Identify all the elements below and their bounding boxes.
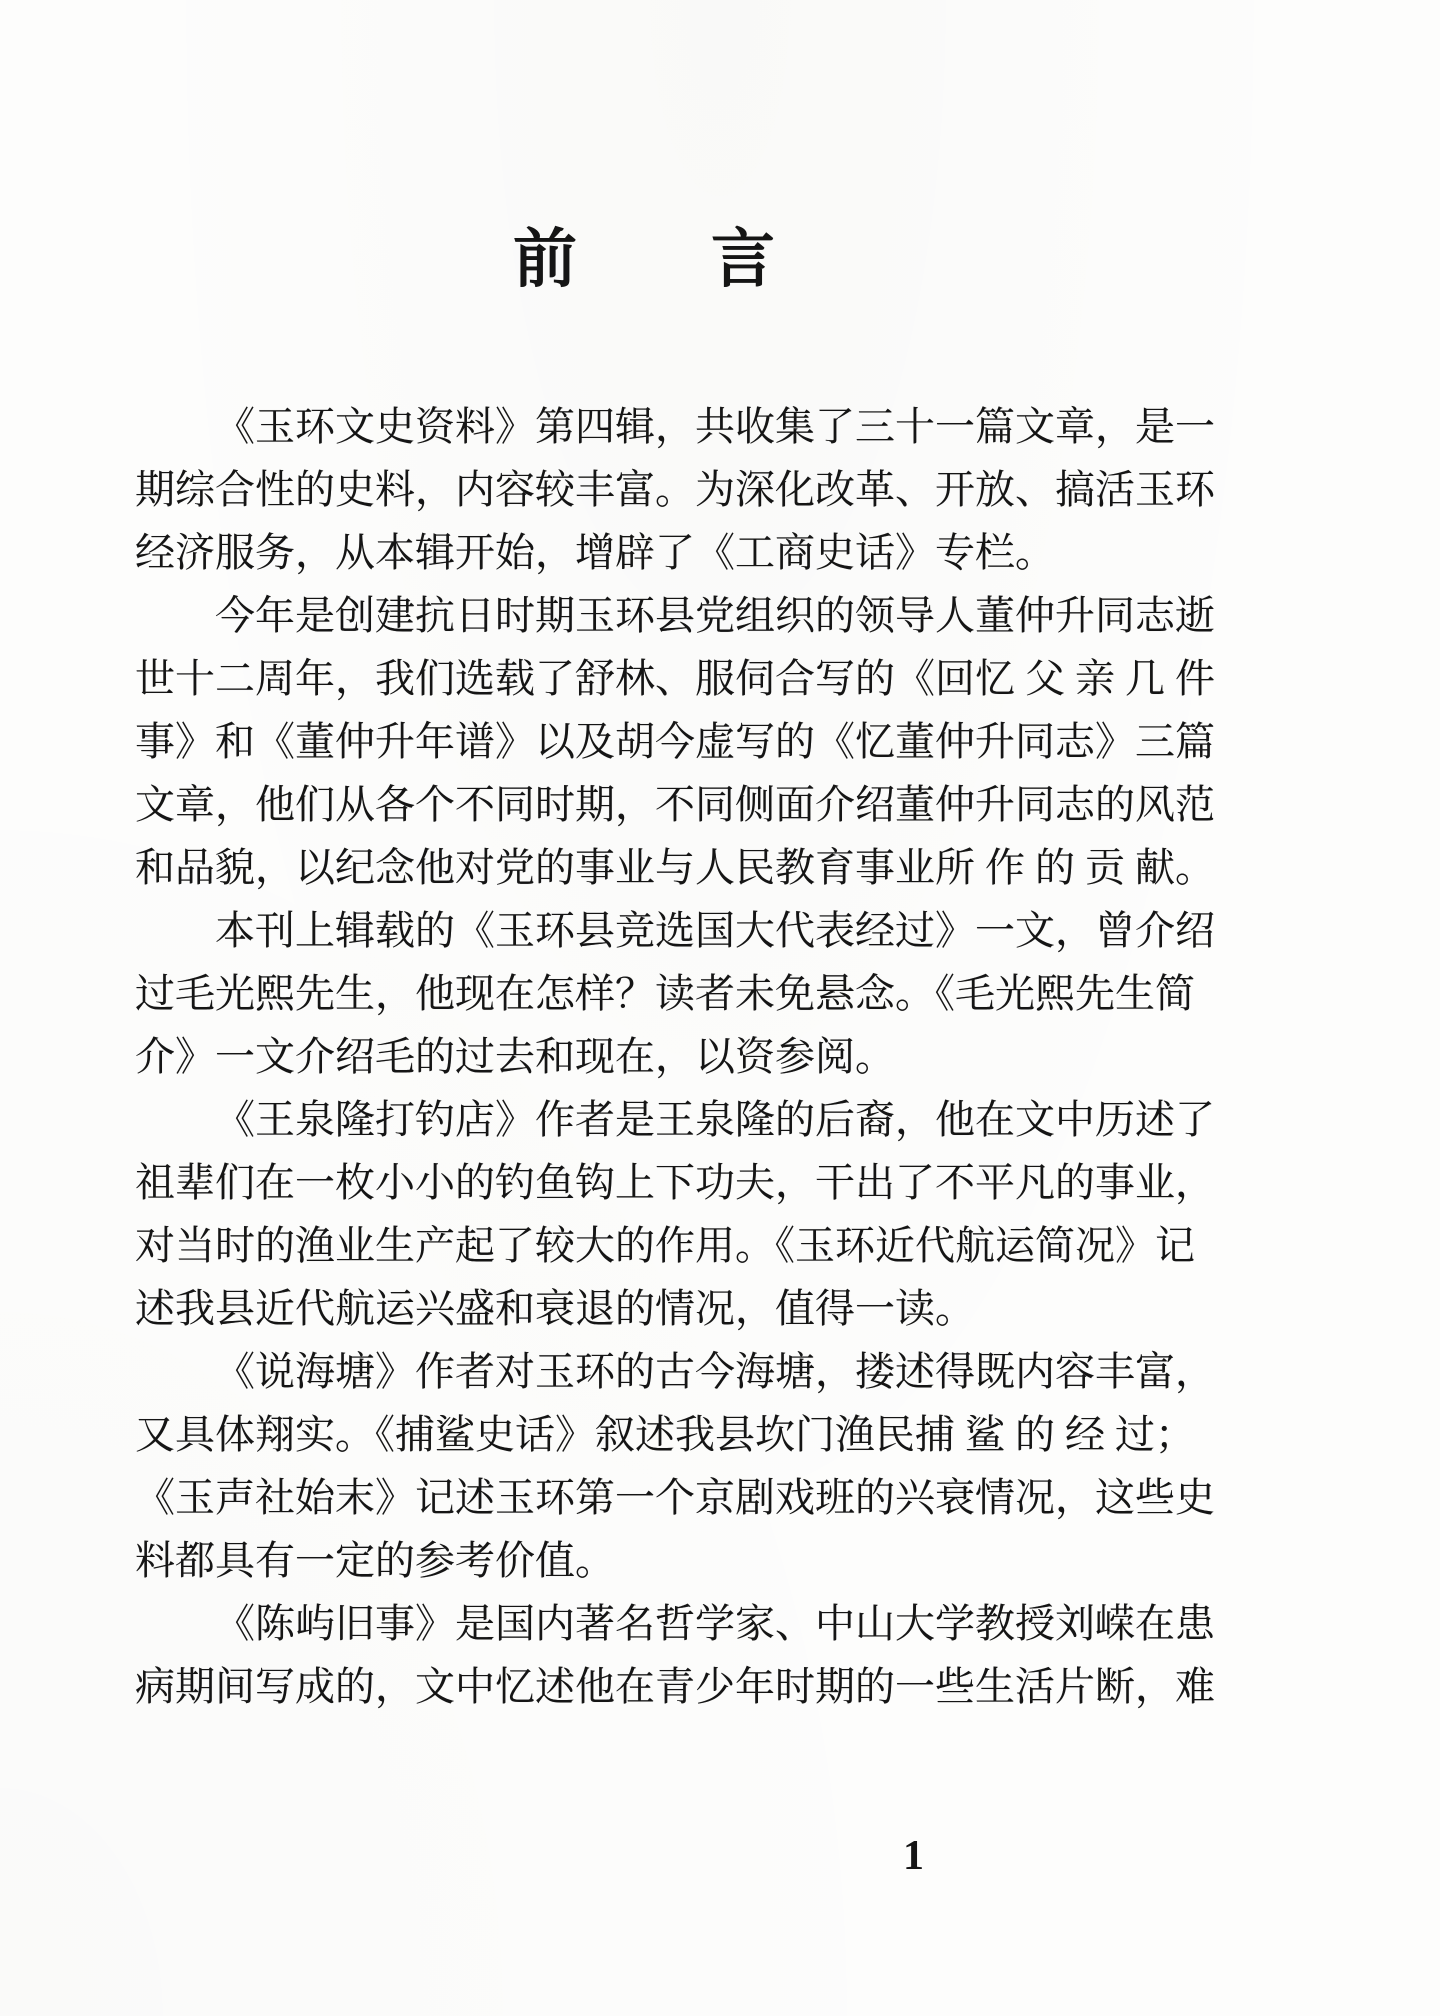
text-line: 《玉声社始末》记述玉环第一个京剧戏班的兴衰情况，这些史 <box>135 1466 1225 1529</box>
text-line: 祖辈们在一枚小小的钓鱼钩上下功夫，干出了不平凡的事业， <box>135 1151 1225 1214</box>
text-line: 今年是创建抗日时期玉环县党组织的领导人董仲升同志逝 <box>135 584 1225 647</box>
text-line: 经济服务，从本辑开始，增辟了《工商史话》专栏。 <box>135 521 1225 584</box>
text-line: 《说海塘》作者对玉环的古今海塘，搂述得既内容丰富， <box>135 1340 1225 1403</box>
text-line: 对当时的渔业生产起了较大的作用。《玉环近代航运简况》记 <box>135 1214 1225 1277</box>
text-line: 病期间写成的，文中忆述他在青少年时期的一些生活片断，难 <box>135 1655 1225 1718</box>
text-line: 和品貌，以纪念他对党的事业与人民教育事业所 作 的 贡 献。 <box>135 836 1225 899</box>
text-line: 事》和《董仲升年谱》以及胡今虚写的《忆董仲升同志》三篇 <box>135 710 1225 773</box>
text-line: 述我县近代航运兴盛和衰退的情况，值得一读。 <box>135 1277 1225 1340</box>
text-line: 世十二周年，我们选载了舒林、服伺合写的《回忆 父 亲 几 件 <box>135 647 1225 710</box>
body-text: 《玉环文史资料》第四辑，共收集了三十一篇文章，是一 期综合性的史料，内容较丰富。… <box>135 395 1225 1718</box>
text-line: 《王泉隆打钓店》作者是王泉隆的后裔，他在文中历述了 <box>135 1088 1225 1151</box>
text-line: 《玉环文史资料》第四辑，共收集了三十一篇文章，是一 <box>135 395 1225 458</box>
scanned-book-page: 前 言 《玉环文史资料》第四辑，共收集了三十一篇文章，是一 期综合性的史料，内容… <box>0 0 1440 2016</box>
text-line: 介》一文介绍毛的过去和现在，以资参阅。 <box>135 1025 1225 1088</box>
page-number: 1 <box>903 1832 924 1880</box>
text-line: 期综合性的史料，内容较丰富。为深化改革、开放、搞活玉环 <box>135 458 1225 521</box>
text-line: 本刊上辑载的《玉环县竞选国大代表经过》一文，曾介绍 <box>135 899 1225 962</box>
text-line: 文章，他们从各个不同时期，不同侧面介绍董仲升同志的风范 <box>135 773 1225 836</box>
text-line: 《陈屿旧事》是国内著名哲学家、中山大学教授刘嵘在患 <box>135 1592 1225 1655</box>
page-title: 前 言 <box>0 208 1290 300</box>
text-line: 又具体翔实。《捕鲨史话》叙述我县坎门渔民捕 鲨 的 经 过； <box>135 1403 1225 1466</box>
text-line: 料都具有一定的参考价值。 <box>135 1529 1225 1592</box>
text-line: 过毛光熙先生，他现在怎样？读者未免悬念。《毛光熙先生简 <box>135 962 1225 1025</box>
